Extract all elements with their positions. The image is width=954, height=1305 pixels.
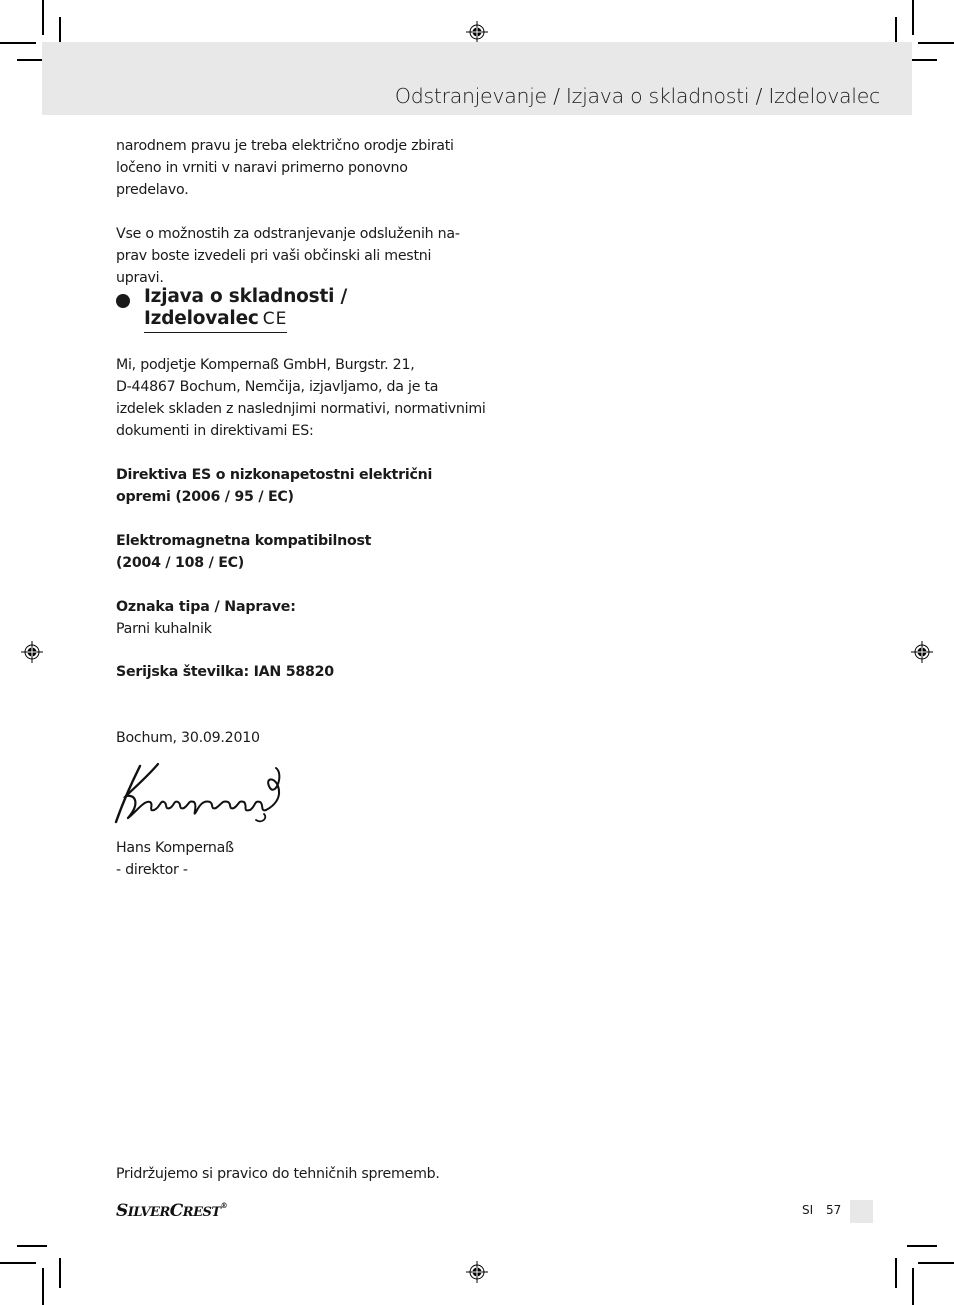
text-line: dokumenti in direktivami ES: bbox=[116, 423, 314, 439]
declaration-intro: Mi, podjetje Kompernaß GmbH, Burgstr. 21… bbox=[116, 354, 486, 442]
crop-mark bbox=[59, 1258, 61, 1288]
signatory-name: Hans Kompernaß bbox=[116, 840, 234, 856]
page-title: Odstranjevanje / Izjava o skladnosti / I… bbox=[395, 84, 880, 108]
heading-word: Izdelovalec bbox=[144, 308, 259, 329]
text-line: (2004 / 108 / EC) bbox=[116, 555, 244, 571]
text-line: D-44867 Bochum, Nemčija, izjavljamo, da … bbox=[116, 379, 438, 395]
crop-mark bbox=[0, 1262, 36, 1264]
language-code: SI bbox=[802, 1203, 813, 1217]
crop-mark bbox=[907, 1245, 937, 1247]
disposal-text: narodnem pravu je treba električno orodj… bbox=[116, 135, 476, 289]
brand-logo: SILVERCREST® bbox=[116, 1201, 227, 1221]
directive-low-voltage: Direktiva ES o nizkonapetostni električn… bbox=[116, 464, 486, 508]
crop-mark bbox=[0, 42, 36, 44]
disposal-paragraph: narodnem pravu je treba električno orodj… bbox=[116, 135, 476, 201]
text-line: Vse o možnostih za odstranjevanje odsluž… bbox=[116, 226, 460, 242]
text-line: izdelek skladen z naslednjimi normativi,… bbox=[116, 401, 486, 417]
crop-mark bbox=[918, 42, 954, 44]
brand-letter: C bbox=[170, 1201, 183, 1221]
signatory: Hans Kompernaß - direktor - bbox=[116, 837, 486, 881]
brand-letters: ILVER bbox=[128, 1205, 170, 1220]
crop-mark bbox=[912, 0, 914, 35]
serial-number: Serijska številka: IAN 58820 bbox=[116, 661, 486, 683]
type-value: Parni kuhalnik bbox=[116, 621, 212, 637]
text-line: narodnem pravu je treba električno orodj… bbox=[116, 138, 454, 154]
registration-mark-icon bbox=[466, 1261, 488, 1283]
signatory-role: - direktor - bbox=[116, 862, 188, 878]
text-line: Mi, podjetje Kompernaß GmbH, Burgstr. 21… bbox=[116, 357, 415, 373]
registered-mark-icon: ® bbox=[221, 1201, 228, 1210]
registration-mark-icon bbox=[21, 641, 43, 663]
ce-mark-icon: CE bbox=[263, 309, 288, 329]
signature-icon bbox=[114, 760, 286, 826]
page-tab bbox=[850, 1200, 873, 1223]
registration-mark-icon bbox=[911, 641, 933, 663]
crop-mark bbox=[895, 1258, 897, 1288]
text-line: Direktiva ES o nizkonapetostni električn… bbox=[116, 467, 432, 483]
text-line: prav boste izvedeli pri vaši občinski al… bbox=[116, 248, 431, 286]
registration-mark-icon bbox=[466, 21, 488, 43]
crop-mark bbox=[918, 1262, 954, 1264]
text-line: ločeno in vrniti v naravi primerno ponov… bbox=[116, 160, 408, 198]
brand-letter: S bbox=[116, 1201, 128, 1221]
text-line: Elektromagnetna kompatibilnost bbox=[116, 533, 371, 549]
heading-line: IzdelovalecCE bbox=[144, 308, 287, 333]
heading-line: Izjava o skladnosti / bbox=[144, 286, 347, 307]
crop-mark bbox=[42, 1268, 44, 1305]
disposal-paragraph: Vse o možnostih za odstranjevanje odsluž… bbox=[116, 223, 476, 289]
crop-mark bbox=[42, 0, 44, 35]
type-label: Oznaka tipa / Naprave: bbox=[116, 599, 296, 615]
place-date: Bochum, 30.09.2010 bbox=[116, 727, 486, 749]
crop-mark bbox=[17, 1245, 47, 1247]
type-designation: Oznaka tipa / Naprave: Parni kuhalnik bbox=[116, 596, 486, 640]
footer-note: Pridržujemo si pravico do tehničnih spre… bbox=[116, 1166, 440, 1182]
crop-mark bbox=[912, 1268, 914, 1305]
bullet-icon bbox=[116, 294, 130, 308]
directive-emc: Elektromagnetna kompatibilnost (2004 / 1… bbox=[116, 530, 486, 574]
heading-text: Izjava o skladnosti / IzdelovalecCE bbox=[144, 286, 347, 333]
page-number: 57 bbox=[826, 1203, 841, 1217]
text-line: opremi (2006 / 95 / EC) bbox=[116, 489, 294, 505]
brand-letters: REST bbox=[183, 1205, 221, 1220]
